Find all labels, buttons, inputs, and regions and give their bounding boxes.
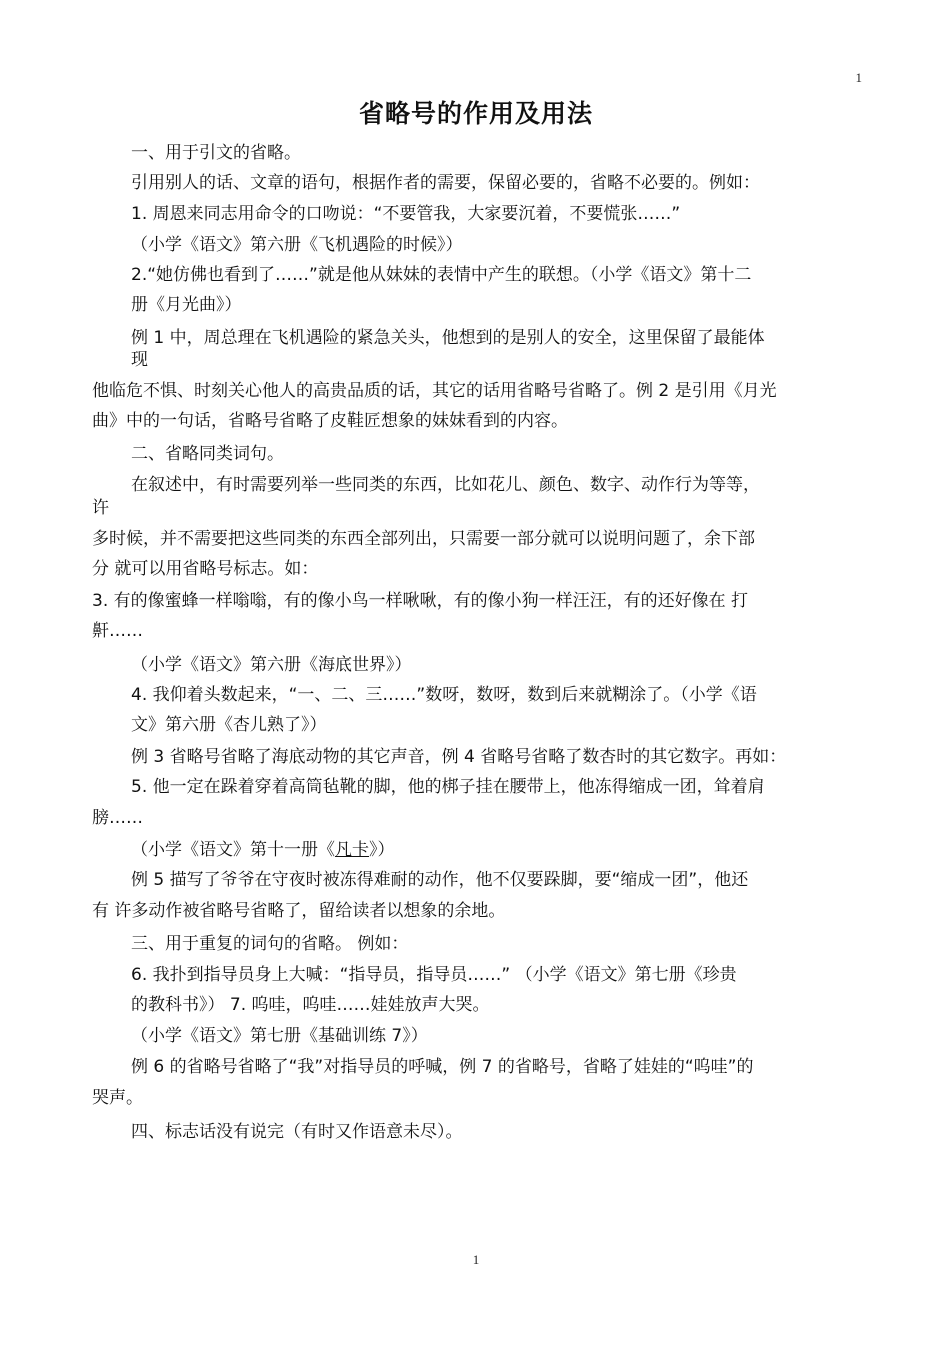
citation: 文》第六册《杏儿熟了》）: [131, 714, 327, 736]
citation: 册《月光曲》）: [131, 294, 242, 316]
heading-4: 四、标志话没有说完（有时又作语意未尽）。: [131, 1121, 463, 1143]
citation: （小学《语文》第六册《海底世界》）: [131, 654, 412, 676]
example-2: 2.“她仿佛也看到了……”就是他从妹妹的表情中产生的联想。（小学《语文》第十二: [131, 264, 751, 286]
paragraph: 在叙述中，有时需要列举一些同类的东西，比如花儿、颜色、数字、动作行为等等，: [131, 474, 760, 496]
example-6: 6. 我扑到指导员身上大喊：“指导员，指导员……” （小学《语文》第七册《珍贵: [131, 964, 737, 986]
heading-1: 一、用于引文的省略。: [131, 142, 301, 164]
example-5: 5. 他一定在跺着穿着高筒毡靴的脚，他的梆子挂在腰带上，他冻得缩成一团，耸着肩: [131, 776, 765, 798]
example-3: 3. 有的像蜜蜂一样嗡嗡，有的像小鸟一样啾啾，有的像小狗一样汪汪，有的还好像在 …: [92, 590, 748, 612]
citation-suffix: 》）: [369, 840, 395, 860]
example-1: 1. 周恩来同志用命令的口吻说：“不要管我，大家要沉着，不要慌张……”: [131, 203, 680, 225]
citation-title-underlined: 凡卡: [335, 840, 369, 860]
paragraph: 分 就可以用省略号标志。如：: [92, 558, 318, 580]
paragraph: 多时候，并不需要把这些同类的东西全部列出，只需要一部分就可以说明问题了，余下部: [92, 528, 755, 550]
page-number-bottom: 1: [0, 1252, 952, 1268]
heading-2: 二、省略同类词句。: [131, 443, 284, 465]
heading-3: 三、用于重复的词句的省略。 例如：: [131, 933, 408, 955]
paragraph: 许: [92, 497, 109, 519]
paragraph: 有 许多动作被省略号省略了，留给读者以想象的余地。: [92, 900, 505, 922]
citation: （小学《语文》第六册《飞机遇险的时候》）: [131, 234, 463, 256]
paragraph: 例 6 的省略号省略了“我”对指导员的呼喊，例 7 的省略号，省略了娃娃的“呜哇…: [131, 1056, 753, 1078]
paragraph: 例 3 省略号省略了海底动物的其它声音，例 4 省略号省略了数杏时的其它数字。再…: [131, 746, 786, 768]
example-7: 的教科书》） 7. 呜哇，呜哇……娃娃放声大哭。: [131, 994, 490, 1016]
paragraph: 哭声。: [92, 1087, 143, 1109]
citation-prefix: （小学《语文》第十一册《: [131, 840, 335, 860]
paragraph: 他临危不惧、时刻关心他人的高贵品质的话，其它的话用省略号省略了。例 2 是引用《…: [92, 380, 777, 402]
example-5: 膀……: [92, 807, 143, 829]
paragraph: 例 5 描写了爷爷在守夜时被冻得难耐的动作，他不仅要跺脚，要“缩成一团”，他还: [131, 869, 748, 891]
example-4: 4. 我仰着头数起来，“一、二、三……”数呀，数呀，数到后来就糊涂了。（小学《语: [131, 684, 757, 706]
example-3: 鼾……: [92, 620, 143, 642]
citation: （小学《语文》第十一册《凡卡》）: [131, 839, 395, 861]
paragraph: 曲》中的一句话，省略号省略了皮鞋匠想象的妹妹看到的内容。: [92, 410, 568, 432]
paragraph: 例 1 中，周总理在飞机遇险的紧急关头，他想到的是别人的安全，这里保留了最能体: [131, 327, 765, 349]
paragraph: 引用别人的话、文章的语句，根据作者的需要，保留必要的，省略不必要的。例如：: [131, 172, 760, 194]
paragraph: 现: [131, 349, 148, 371]
page-number-top: 1: [856, 70, 863, 86]
citation: （小学《语文》第七册《基础训练 7》）: [131, 1025, 428, 1047]
page-title: 省略号的作用及用法: [0, 94, 952, 130]
